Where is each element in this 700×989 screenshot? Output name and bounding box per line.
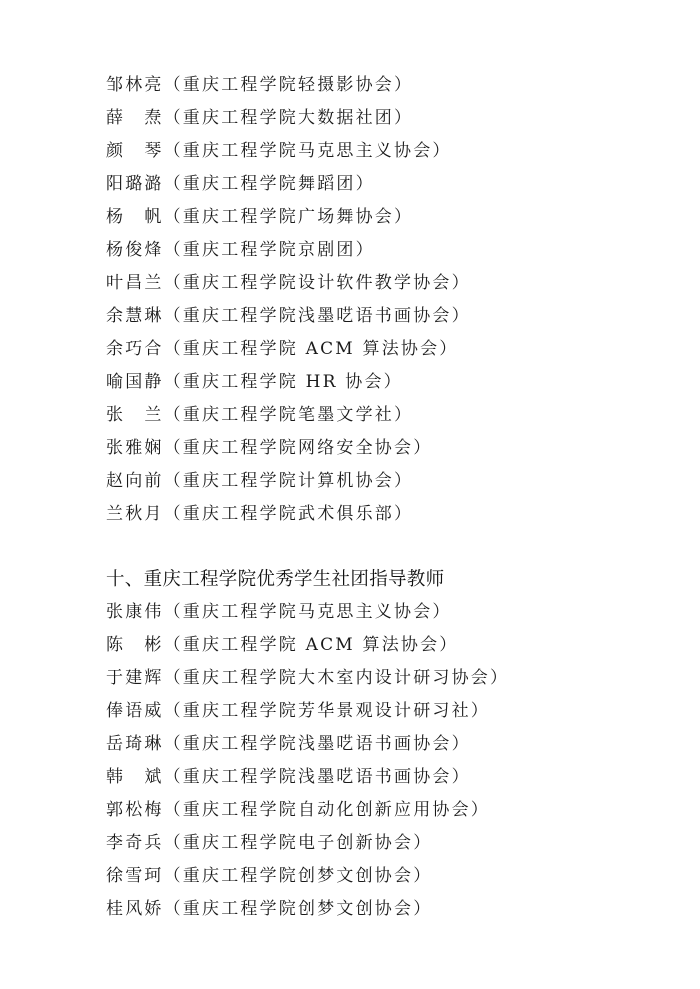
- list-item: 杨 帆（重庆工程学院广场舞协会）: [106, 205, 413, 229]
- list-item: 颜 琴（重庆工程学院马克思主义协会）: [106, 139, 452, 163]
- list-item: 于建辉（重庆工程学院大木室内设计研习协会）: [106, 666, 509, 690]
- person-name: 薛 焘: [106, 108, 164, 128]
- person-name: 余巧合: [106, 339, 164, 359]
- organization: （重庆工程学院 ACM 算法协会）: [164, 635, 459, 655]
- organization: （重庆工程学院马克思主义协会）: [164, 602, 452, 622]
- list-item: 郭松梅（重庆工程学院自动化创新应用协会）: [106, 798, 490, 822]
- person-name: 于建辉: [106, 668, 164, 688]
- organization: （重庆工程学院网络安全协会）: [164, 438, 433, 458]
- person-name: 徐雪珂: [106, 866, 164, 886]
- list-item: 张康伟（重庆工程学院马克思主义协会）: [106, 600, 452, 624]
- person-name: 邹林亮: [106, 75, 164, 95]
- organization: （重庆工程学院大木室内设计研习协会）: [164, 668, 510, 688]
- list-item: 韩 斌（重庆工程学院浅墨呓语书画协会）: [106, 765, 471, 789]
- organization: （重庆工程学院武术俱乐部）: [164, 504, 414, 524]
- person-name: 叶昌兰: [106, 273, 164, 293]
- person-name: 杨俊烽: [106, 240, 164, 260]
- list-item: 喻国静（重庆工程学院 HR 协会）: [106, 370, 403, 394]
- person-name: 张雅娴: [106, 438, 164, 458]
- list-item: 余慧琳（重庆工程学院浅墨呓语书画协会）: [106, 304, 471, 328]
- list-item: 俸语威（重庆工程学院芳华景观设计研习社）: [106, 699, 490, 723]
- organization: （重庆工程学院芳华景观设计研习社）: [164, 701, 490, 721]
- person-name: 张 兰: [106, 405, 164, 425]
- organization: （重庆工程学院设计软件教学协会）: [164, 273, 471, 293]
- list-item: 阳璐潞（重庆工程学院舞蹈团）: [106, 172, 375, 196]
- organization: （重庆工程学院笔墨文学社）: [164, 405, 414, 425]
- organization: （重庆工程学院自动化创新应用协会）: [164, 800, 490, 820]
- person-name: 赵向前: [106, 471, 164, 491]
- organization: （重庆工程学院 HR 协会）: [164, 372, 403, 392]
- person-name: 阳璐潞: [106, 174, 164, 194]
- organization: （重庆工程学院创梦文创协会）: [164, 899, 433, 919]
- person-name: 岳琦琳: [106, 734, 164, 754]
- list-item: 杨俊烽（重庆工程学院京剧团）: [106, 238, 375, 262]
- organization: （重庆工程学院计算机协会）: [164, 471, 414, 491]
- organization: （重庆工程学院马克思主义协会）: [164, 141, 452, 161]
- person-name: 颜 琴: [106, 141, 164, 161]
- person-name: 兰秋月: [106, 504, 164, 524]
- organization: （重庆工程学院大数据社团）: [164, 108, 414, 128]
- list-item: 李奇兵（重庆工程学院电子创新协会）: [106, 831, 432, 855]
- list-item: 张 兰（重庆工程学院笔墨文学社）: [106, 403, 413, 427]
- person-name: 俸语威: [106, 701, 164, 721]
- list-item: 兰秋月（重庆工程学院武术俱乐部）: [106, 502, 413, 526]
- organization: （重庆工程学院轻摄影协会）: [164, 75, 414, 95]
- list-item: 余巧合（重庆工程学院 ACM 算法协会）: [106, 337, 459, 361]
- list-item: 桂风娇（重庆工程学院创梦文创协会）: [106, 897, 432, 921]
- organization: （重庆工程学院 ACM 算法协会）: [164, 339, 459, 359]
- person-name: 韩 斌: [106, 767, 164, 787]
- person-name: 喻国静: [106, 372, 164, 392]
- list-item: 岳琦琳（重庆工程学院浅墨呓语书画协会）: [106, 732, 471, 756]
- person-name: 杨 帆: [106, 207, 164, 227]
- list-item: 赵向前（重庆工程学院计算机协会）: [106, 469, 413, 493]
- organization: （重庆工程学院浅墨呓语书画协会）: [164, 734, 471, 754]
- list-item: 张雅娴（重庆工程学院网络安全协会）: [106, 436, 432, 460]
- organization: （重庆工程学院浅墨呓语书画协会）: [164, 306, 471, 326]
- organization: （重庆工程学院广场舞协会）: [164, 207, 414, 227]
- list-item: 陈 彬（重庆工程学院 ACM 算法协会）: [106, 633, 459, 657]
- list-item: 叶昌兰（重庆工程学院设计软件教学协会）: [106, 271, 471, 295]
- organization: （重庆工程学院创梦文创协会）: [164, 866, 433, 886]
- organization: （重庆工程学院电子创新协会）: [164, 833, 433, 853]
- list-item: 薛 焘（重庆工程学院大数据社团）: [106, 106, 413, 130]
- organization: （重庆工程学院舞蹈团）: [164, 174, 375, 194]
- person-name: 余慧琳: [106, 306, 164, 326]
- organization: （重庆工程学院京剧团）: [164, 240, 375, 260]
- person-name: 桂风娇: [106, 899, 164, 919]
- person-name: 郭松梅: [106, 800, 164, 820]
- section-heading: 十、重庆工程学院优秀学生社团指导教师: [106, 567, 444, 593]
- person-name: 张康伟: [106, 602, 164, 622]
- person-name: 李奇兵: [106, 833, 164, 853]
- organization: （重庆工程学院浅墨呓语书画协会）: [164, 767, 471, 787]
- list-item: 邹林亮（重庆工程学院轻摄影协会）: [106, 73, 413, 97]
- list-item: 徐雪珂（重庆工程学院创梦文创协会）: [106, 864, 432, 888]
- person-name: 陈 彬: [106, 635, 164, 655]
